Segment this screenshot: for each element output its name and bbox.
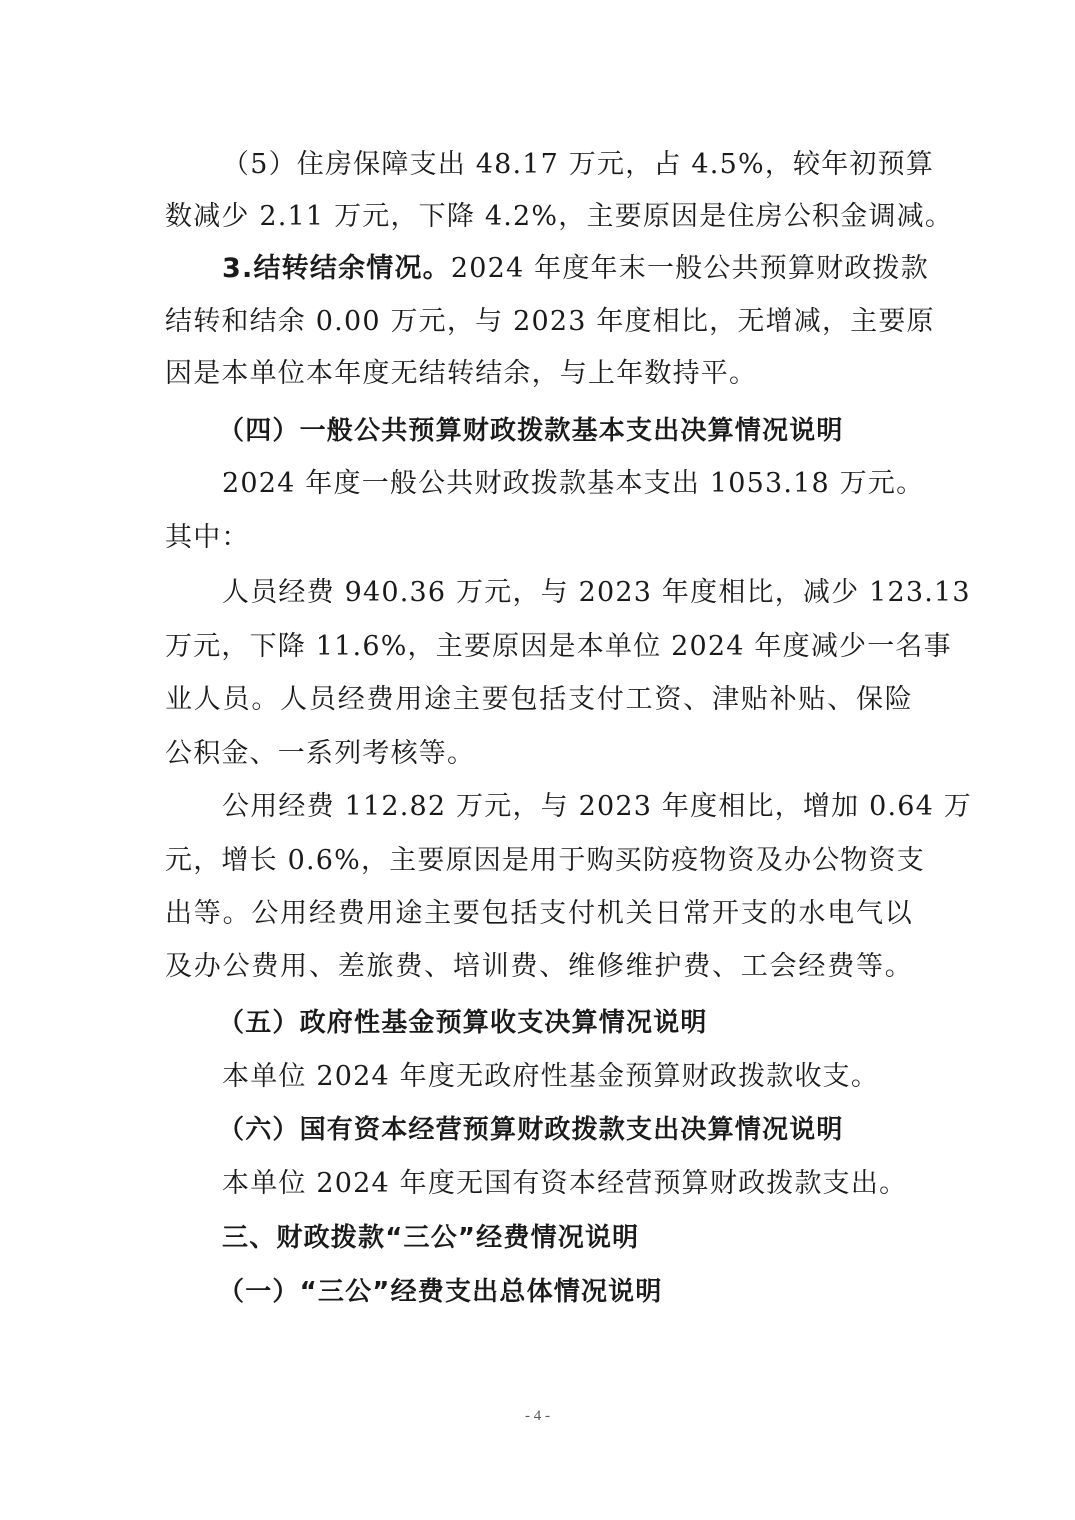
public-line-3: 出等。公用经费用途主要包括支付机关日常开支的水电气以 — [165, 894, 913, 934]
housing-line-2: 数减少 2.11 万元，下降 4.2%，主要原因是住房公积金调减。 — [165, 197, 913, 237]
heading-section-4: （四）一般公共预算财政拨款基本支出决算情况说明 — [218, 411, 966, 451]
heading-section-5: （五）政府性基金预算收支决算情况说明 — [218, 1003, 966, 1043]
personnel-line-3: 业人员。人员经费用途主要包括支付工资、津贴补贴、保险 — [165, 680, 913, 720]
state-capital-line: 本单位 2024 年度无国有资本经营预算财政拨款支出。 — [222, 1164, 913, 1204]
carryover-line-3: 因是本单位本年度无结转结余，与上年数持平。 — [165, 354, 913, 394]
gov-fund-line: 本单位 2024 年度无政府性基金预算财政拨款收支。 — [222, 1057, 913, 1097]
heading-section-6: （六）国有资本经营预算财政拨款支出决算情况说明 — [218, 1110, 966, 1150]
public-line-1: 公用经费 112.82 万元，与 2023 年度相比，增加 0.64 万 — [222, 787, 913, 827]
carryover-lead: 3.结转结余情况。 — [222, 253, 451, 284]
public-line-2: 元，增长 0.6%，主要原因是用于购买防疫物资及办公物资支 — [165, 841, 913, 881]
carryover-line-1: 3.结转结余情况。2024 年度年末一般公共预算财政拨款 — [222, 249, 913, 289]
basic-expenditure-line-1: 2024 年度一般公共财政拨款基本支出 1053.18 万元。 — [222, 464, 913, 504]
personnel-line-2: 万元，下降 11.6%，主要原因是本单位 2024 年度减少一名事 — [165, 627, 913, 667]
personnel-line-4: 公积金、一系列考核等。 — [165, 734, 913, 774]
carryover-line-2: 结转和结余 0.00 万元，与 2023 年度相比，无增减，主要原 — [165, 302, 913, 342]
document-page: （5）住房保障支出 48.17 万元，占 4.5%，较年初预算 数减少 2.11… — [0, 0, 1075, 1520]
carryover-line-1-text: 2024 年度年末一般公共预算财政拨款 — [451, 253, 929, 284]
page-number: - 4 - — [0, 1408, 1075, 1425]
heading-part-3-1: （一）“三公”经费支出总体情况说明 — [218, 1272, 966, 1312]
personnel-line-1: 人员经费 940.36 万元，与 2023 年度相比，减少 123.13 — [222, 573, 913, 613]
heading-part-3: 三、财政拨款“三公”经费情况说明 — [222, 1218, 970, 1258]
housing-line-1: （5）住房保障支出 48.17 万元，占 4.5%，较年初预算 — [222, 145, 913, 185]
public-line-4: 及办公费用、差旅费、培训费、维修维护费、工会经费等。 — [165, 947, 913, 987]
basic-expenditure-line-2: 其中： — [165, 518, 913, 558]
